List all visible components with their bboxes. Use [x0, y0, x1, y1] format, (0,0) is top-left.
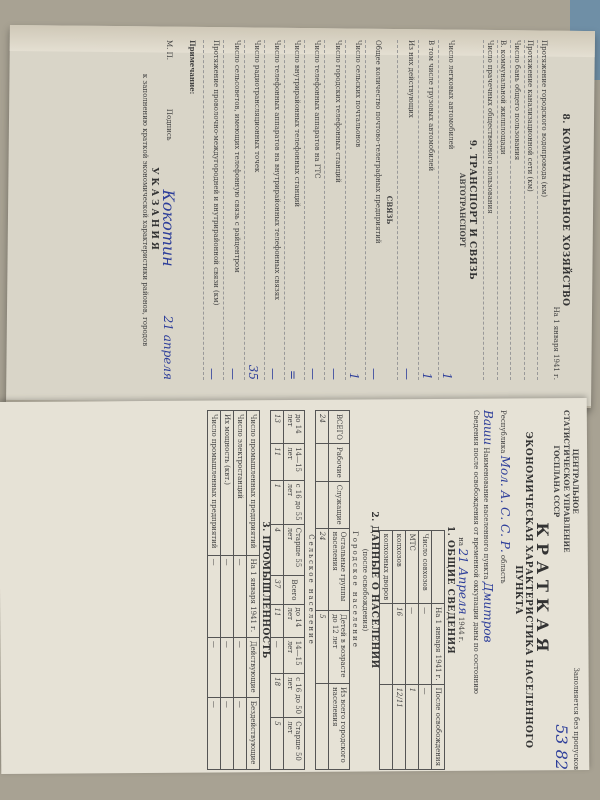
list-item: Число телефонных аппаратов на внутрирайо… — [264, 40, 281, 380]
remarks-label: Примечание: — [188, 40, 197, 380]
list-item: Число внутрирайонных телефонных станций= — [284, 40, 301, 380]
population-table: ВСЕГОРабочиеСлужащиеОстальные группы нас… — [315, 410, 350, 770]
list-item: Протяжение канализационной сети (км) — [524, 40, 534, 380]
table-row: колхозных дворов — [379, 530, 392, 769]
list-item: Число сельсоветов, имеющих телефонную св… — [223, 40, 240, 380]
section-8-title: 8. КОММУНАЛЬНОЕ ХОЗЯЙСТВО — [560, 40, 570, 380]
list-item: В том числе грузовых автомобилей1 — [418, 40, 435, 380]
table-row: колхозов1612/11 — [392, 530, 405, 769]
table-row: Число промышленных предприятий——— — [208, 411, 221, 770]
signature-label: Подпись — [164, 109, 173, 141]
region-line: Республика Мол. А. С. С. Р. область — [496, 410, 512, 770]
section-2-subtitle: (после освобождения) — [359, 410, 368, 770]
instructions-title: УКАЗАНИЯ — [149, 40, 159, 380]
list-item: Из них действующих— — [397, 40, 414, 380]
list-item: Число бань общего пользования — [510, 40, 520, 380]
rural-population-label: Сельское население — [305, 410, 314, 770]
section-1-title: 1. ОБЩИЕ СВЕДЕНИЯ — [445, 410, 455, 770]
signature-row: М. П. Подпись Кокотин 21 апреля — [159, 40, 178, 380]
list-item: Число радиотрансляционных точек35 — [244, 40, 261, 380]
top-note-block: Заполняется без пропусков 53 82 — [552, 667, 580, 770]
status-text: Сведения после освобождения от временной… — [471, 410, 480, 770]
list-item: Число сельских почтальонов1 — [345, 40, 362, 380]
list-item: Число городских телефонных станций— — [324, 40, 341, 380]
list-item: Общее количество почтово-телеграфных пре… — [365, 40, 382, 380]
doc-title: КРАТКАЯ — [533, 410, 552, 770]
table-row: Их мощность (квт.)——— — [221, 411, 234, 770]
industry-table: Число промышленных предприятийНа 1 январ… — [207, 410, 260, 770]
upper-page-content: 8. КОММУНАЛЬНОЕ ХОЗЯЙСТВО На 1 января 19… — [10, 40, 570, 380]
column-header: На 1 января 1941 г. — [551, 40, 560, 380]
list-item: Число телефонных аппаратов на ГТС— — [304, 40, 321, 380]
list-item: В. коммунальной жилплощади — [497, 40, 507, 380]
table-row: МТС—1 — [405, 530, 418, 769]
table-row: Число совхозов—— — [418, 530, 431, 769]
city-line: Ваши Наименование населенного пункта Дми… — [480, 410, 496, 770]
header-row: ЦЕНТРАЛЬНОЕ СТАТИСТИЧЕСКОЕ УПРАВЛЕНИЕ ГО… — [552, 410, 580, 770]
list-item: Протяжение проволочно-междугородней и вн… — [203, 40, 220, 380]
handwritten-date: 21 апреля — [161, 316, 175, 380]
general-info-table: На 1 января 1941 г.После освобождения Чи… — [379, 530, 445, 770]
lower-page-content: ЦЕНТРАЛЬНОЕ СТАТИСТИЧЕСКОЕ УПРАВЛЕНИЕ ГО… — [10, 410, 580, 770]
table-row: 1311143711—185 — [271, 411, 284, 770]
page-number: 53 82 — [552, 667, 571, 770]
top-note: Заполняется без пропусков — [571, 667, 580, 770]
date-line: на 21 Апреля 1944 г. — [455, 410, 471, 770]
table-row: 24245 — [315, 411, 328, 770]
table-row: Число электростанций——— — [234, 411, 247, 770]
instructions-subtitle: к заполнению краткой экономической харак… — [139, 40, 148, 380]
section-3-title: 3. ПРОМЫШЛЕННОСТЬ — [260, 410, 270, 770]
age-table: до 14 лет14—15 летс 16 до 55 летСтарше 5… — [270, 410, 305, 770]
list-item: Число прачечных общественного пользовани… — [483, 40, 493, 380]
list-item: Число легковых автомобилей1 — [438, 40, 455, 380]
autotransport-heading: АВТОТРАНСПОРТ — [458, 40, 467, 380]
section-9-title: 9. ТРАНСПОРТ И СВЯЗЬ — [467, 40, 477, 380]
list-item: Протяжение городского водопровода (км) — [537, 40, 547, 380]
section-2-title: 2. ДАННЫЕ О НАСЕЛЕНИИ — [369, 410, 379, 770]
doc-subtitle: ЭКОНОМИЧЕСКАЯ ХАРАКТЕРИСТИКА НАСЕЛЕННОГО… — [513, 410, 533, 770]
urban-population-label: Городское население — [350, 410, 359, 770]
issuer-block: ЦЕНТРАЛЬНОЕ СТАТИСТИЧЕСКОЕ УПРАВЛЕНИЕ ГО… — [552, 410, 580, 553]
svyaz-heading: СВЯЗЬ — [385, 40, 394, 380]
seal-label: М. П. — [164, 40, 173, 60]
communal-list: Протяжение городского водопровода (км) П… — [483, 40, 547, 380]
signature: Кокотин — [159, 190, 178, 267]
